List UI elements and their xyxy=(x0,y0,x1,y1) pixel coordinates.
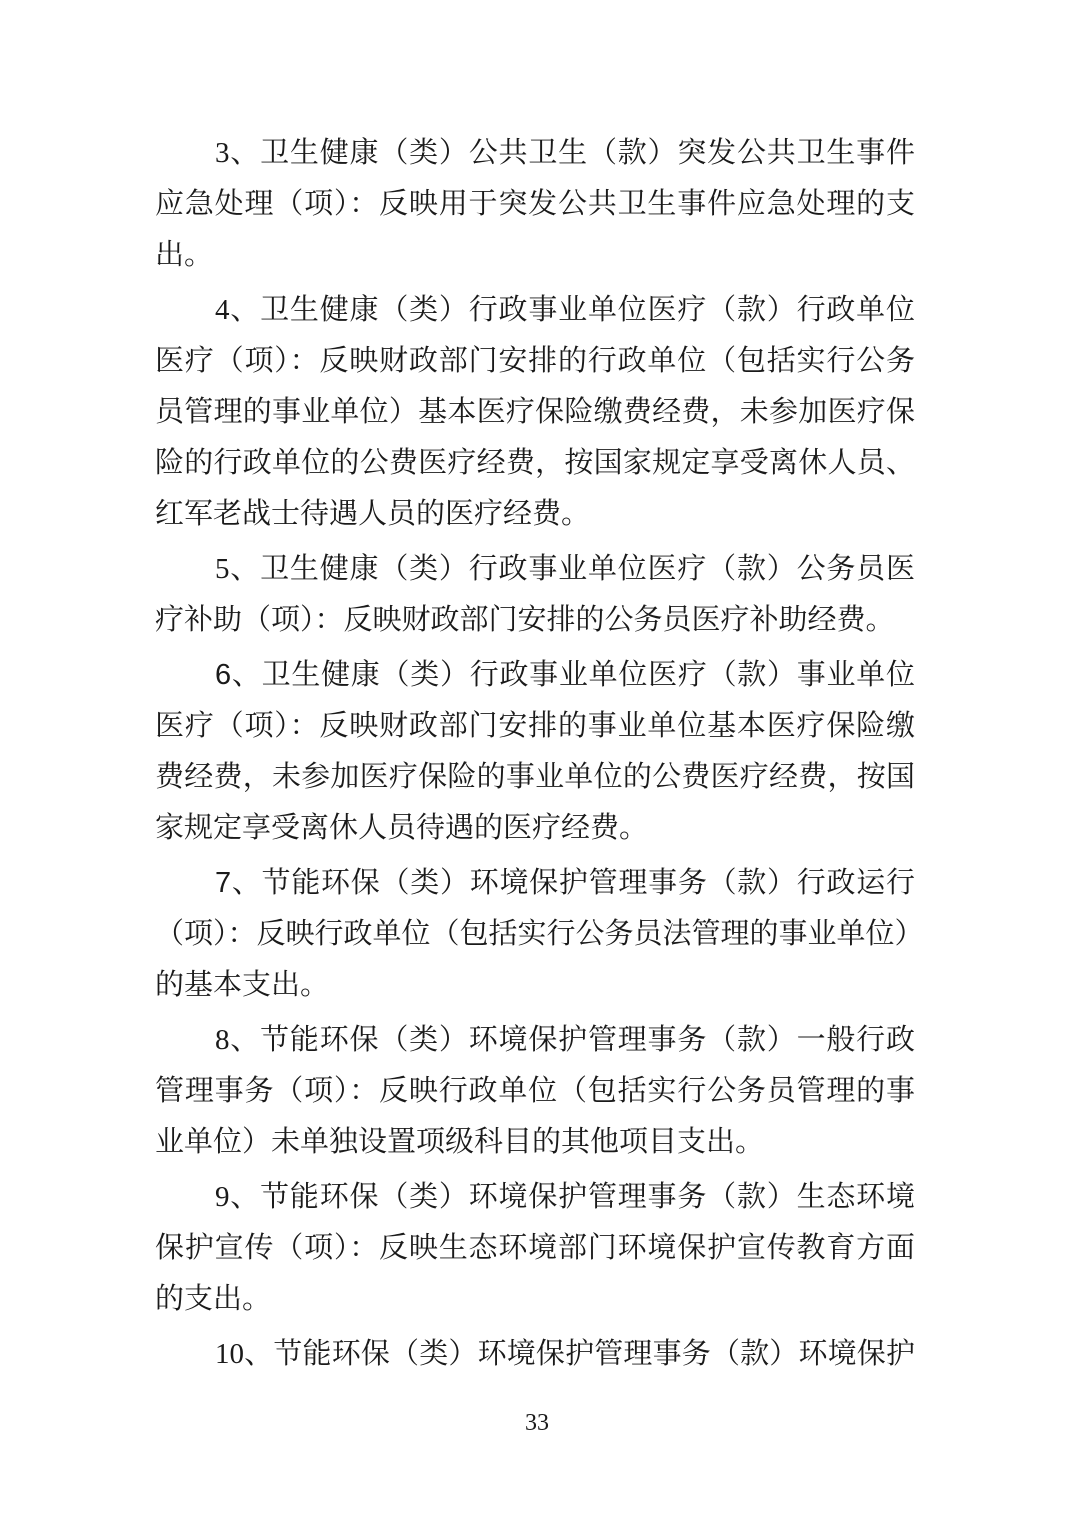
paragraph-number: 4、 xyxy=(215,294,260,326)
paragraph-number: 8、 xyxy=(215,1024,260,1056)
text-line: 员管理的事业单位）基本医疗保险缴费经费，未参加医疗保 xyxy=(155,387,915,438)
paragraph-number: 6、 xyxy=(215,659,262,691)
paragraph: 7、节能环保（类）环境保护管理事务（款）行政运行（项）：反映行政单位（包括实行公… xyxy=(155,858,915,1011)
paragraph-text: 卫生健康（类）行政事业单位医疗（款）公务员医 xyxy=(260,553,915,585)
paragraph: 4、卫生健康（类）行政事业单位医疗（款）行政单位医疗（项）：反映财政部门安排的行… xyxy=(155,285,915,540)
text-line: 8、节能环保（类）环境保护管理事务（款）一般行政 xyxy=(155,1015,915,1066)
paragraph-text: 卫生健康（类）行政事业单位医疗（款）事业单位 xyxy=(262,659,915,691)
document-body: 3、卫生健康（类）公共卫生（款）突发公共卫生事件应急处理（项）：反映用于突发公共… xyxy=(155,128,915,1384)
text-line: 6、卫生健康（类）行政事业单位医疗（款）事业单位 xyxy=(155,650,915,701)
text-line: 的支出。 xyxy=(155,1274,915,1325)
paragraph: 10、节能环保（类）环境保护管理事务（款）环境保护 xyxy=(155,1329,915,1380)
text-line: 10、节能环保（类）环境保护管理事务（款）环境保护 xyxy=(155,1329,915,1380)
paragraph-text: 卫生健康（类）行政事业单位医疗（款）行政单位 xyxy=(260,294,915,326)
text-line: 疗补助（项）：反映财政部门安排的公务员医疗补助经费。 xyxy=(155,595,915,646)
paragraph-number: 9、 xyxy=(215,1181,260,1213)
paragraph-text: 卫生健康（类）公共卫生（款）突发公共卫生事件 xyxy=(260,137,915,169)
text-line: 家规定享受离休人员待遇的医疗经费。 xyxy=(155,803,915,854)
paragraph-text: 节能环保（类）环境保护管理事务（款）环境保护 xyxy=(273,1338,915,1370)
paragraph: 5、卫生健康（类）行政事业单位医疗（款）公务员医疗补助（项）：反映财政部门安排的… xyxy=(155,544,915,646)
text-line: 红军老战士待遇人员的医疗经费。 xyxy=(155,489,915,540)
paragraph-text: 节能环保（类）环境保护管理事务（款）行政运行 xyxy=(262,867,915,899)
paragraph: 3、卫生健康（类）公共卫生（款）突发公共卫生事件应急处理（项）：反映用于突发公共… xyxy=(155,128,915,281)
document-page: { "page": { "number": "33" }, "text_colo… xyxy=(0,0,1074,1520)
text-line: 的基本支出。 xyxy=(155,960,915,1011)
paragraph-number: 10、 xyxy=(215,1338,273,1370)
paragraph-text: 节能环保（类）环境保护管理事务（款）生态环境 xyxy=(260,1181,915,1213)
paragraph: 8、节能环保（类）环境保护管理事务（款）一般行政管理事务（项）：反映行政单位（包… xyxy=(155,1015,915,1168)
text-line: 3、卫生健康（类）公共卫生（款）突发公共卫生事件 xyxy=(155,128,915,179)
text-line: 医疗（项）：反映财政部门安排的行政单位（包括实行公务 xyxy=(155,336,915,387)
text-line: 医疗（项）：反映财政部门安排的事业单位基本医疗保险缴 xyxy=(155,701,915,752)
text-line: 险的行政单位的公费医疗经费，按国家规定享受离休人员、 xyxy=(155,438,915,489)
text-line: 4、卫生健康（类）行政事业单位医疗（款）行政单位 xyxy=(155,285,915,336)
text-line: 管理事务（项）：反映行政单位（包括实行公务员管理的事 xyxy=(155,1066,915,1117)
paragraph-number: 5、 xyxy=(215,553,260,585)
text-line: 费经费，未参加医疗保险的事业单位的公费医疗经费，按国 xyxy=(155,752,915,803)
text-line: （项）：反映行政单位（包括实行公务员法管理的事业单位） xyxy=(155,909,915,960)
text-line: 保护宣传（项）：反映生态环境部门环境保护宣传教育方面 xyxy=(155,1223,915,1274)
paragraph-number: 7、 xyxy=(215,867,262,899)
paragraph: 6、卫生健康（类）行政事业单位医疗（款）事业单位医疗（项）：反映财政部门安排的事… xyxy=(155,650,915,854)
text-line: 出。 xyxy=(155,230,915,281)
text-line: 7、节能环保（类）环境保护管理事务（款）行政运行 xyxy=(155,858,915,909)
text-line: 5、卫生健康（类）行政事业单位医疗（款）公务员医 xyxy=(155,544,915,595)
text-line: 业单位）未单独设置项级科目的其他项目支出。 xyxy=(155,1117,915,1168)
paragraph-number: 3、 xyxy=(215,137,260,169)
paragraph: 9、节能环保（类）环境保护管理事务（款）生态环境保护宣传（项）：反映生态环境部门… xyxy=(155,1172,915,1325)
paragraph-text: 节能环保（类）环境保护管理事务（款）一般行政 xyxy=(260,1024,915,1056)
text-line: 应急处理（项）：反映用于突发公共卫生事件应急处理的支 xyxy=(155,179,915,230)
text-line: 9、节能环保（类）环境保护管理事务（款）生态环境 xyxy=(155,1172,915,1223)
page-number: 33 xyxy=(0,1408,1074,1438)
